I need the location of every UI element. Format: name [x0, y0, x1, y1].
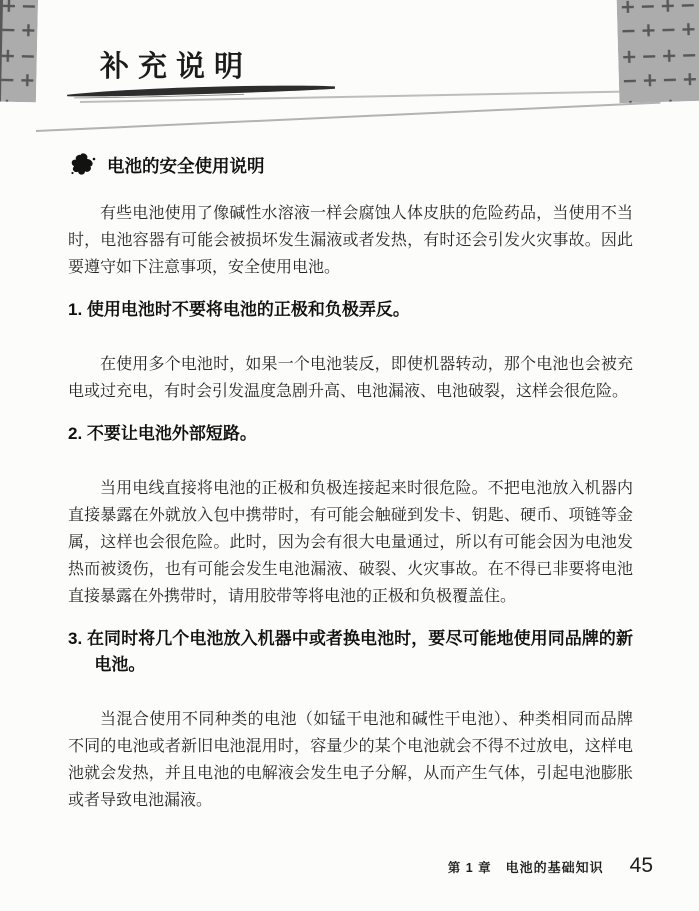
rule-body: 在使用多个电池时，如果一个电池装反，即使机器转动，那个电池也会被充电或过充电，有… — [68, 351, 633, 405]
rule-heading: 2. 不要让电池外部短路。 — [68, 421, 633, 447]
safety-rule-1: 1. 使用电池时不要将电池的正极和负极弄反。 在使用多个电池时，如果一个电池装反… — [68, 297, 633, 405]
chapter-title: 电池的基础知识 — [506, 857, 604, 876]
rule-heading: 3. 在同时将几个电池放入机器中或者换电池时，要尽可能地使用同品牌的新电池。 — [68, 626, 633, 678]
safety-rule-3: 3. 在同时将几个电池放入机器中或者换电池时，要尽可能地使用同品牌的新电池。 当… — [68, 626, 633, 814]
safety-rule-2: 2. 不要让电池外部短路。 当用电线直接将电池的正极和负极连接起来时很危险。不把… — [68, 421, 633, 610]
section-header: 电池的安全使用说明 — [68, 150, 633, 180]
section-title: 电池的安全使用说明 — [107, 153, 265, 178]
plus-minus-pattern-left-icon — [0, 0, 38, 102]
ink-blot-icon — [68, 152, 98, 180]
rule-body: 当混合使用不同种类的电池（如锰干电池和碱性干电池）、种类相同而品牌不同的电池或者… — [68, 706, 633, 814]
intro-paragraph: 有些电池使用了像碱性水溶液一样会腐蚀人体皮肤的危险药品，当使用不当时，电池容器有… — [68, 200, 633, 281]
chapter-label: 第 1 章 — [448, 858, 492, 876]
rule-heading: 1. 使用电池时不要将电池的正极和负极弄反。 — [68, 297, 633, 323]
content-column: 电池的安全使用说明 有些电池使用了像碱性水溶液一样会腐蚀人体皮肤的危险药品，当使… — [68, 150, 633, 814]
book-page: 补充说明 电池的安全使用说明 有些电池使用了像碱性水溶液一样会腐蚀人体皮肤的危险… — [0, 0, 699, 911]
plus-minus-pattern-right-icon — [617, 0, 699, 103]
rule-body: 当用电线直接将电池的正极和负极连接起来时很危险。不把电池放入机器内直接暴露在外就… — [68, 475, 633, 610]
page-title: 补充说明 — [100, 44, 252, 85]
sheet-edge-line — [36, 102, 660, 132]
page-footer: 第 1 章 电池的基础知识 45 — [448, 854, 653, 878]
page-number: 45 — [630, 854, 653, 878]
